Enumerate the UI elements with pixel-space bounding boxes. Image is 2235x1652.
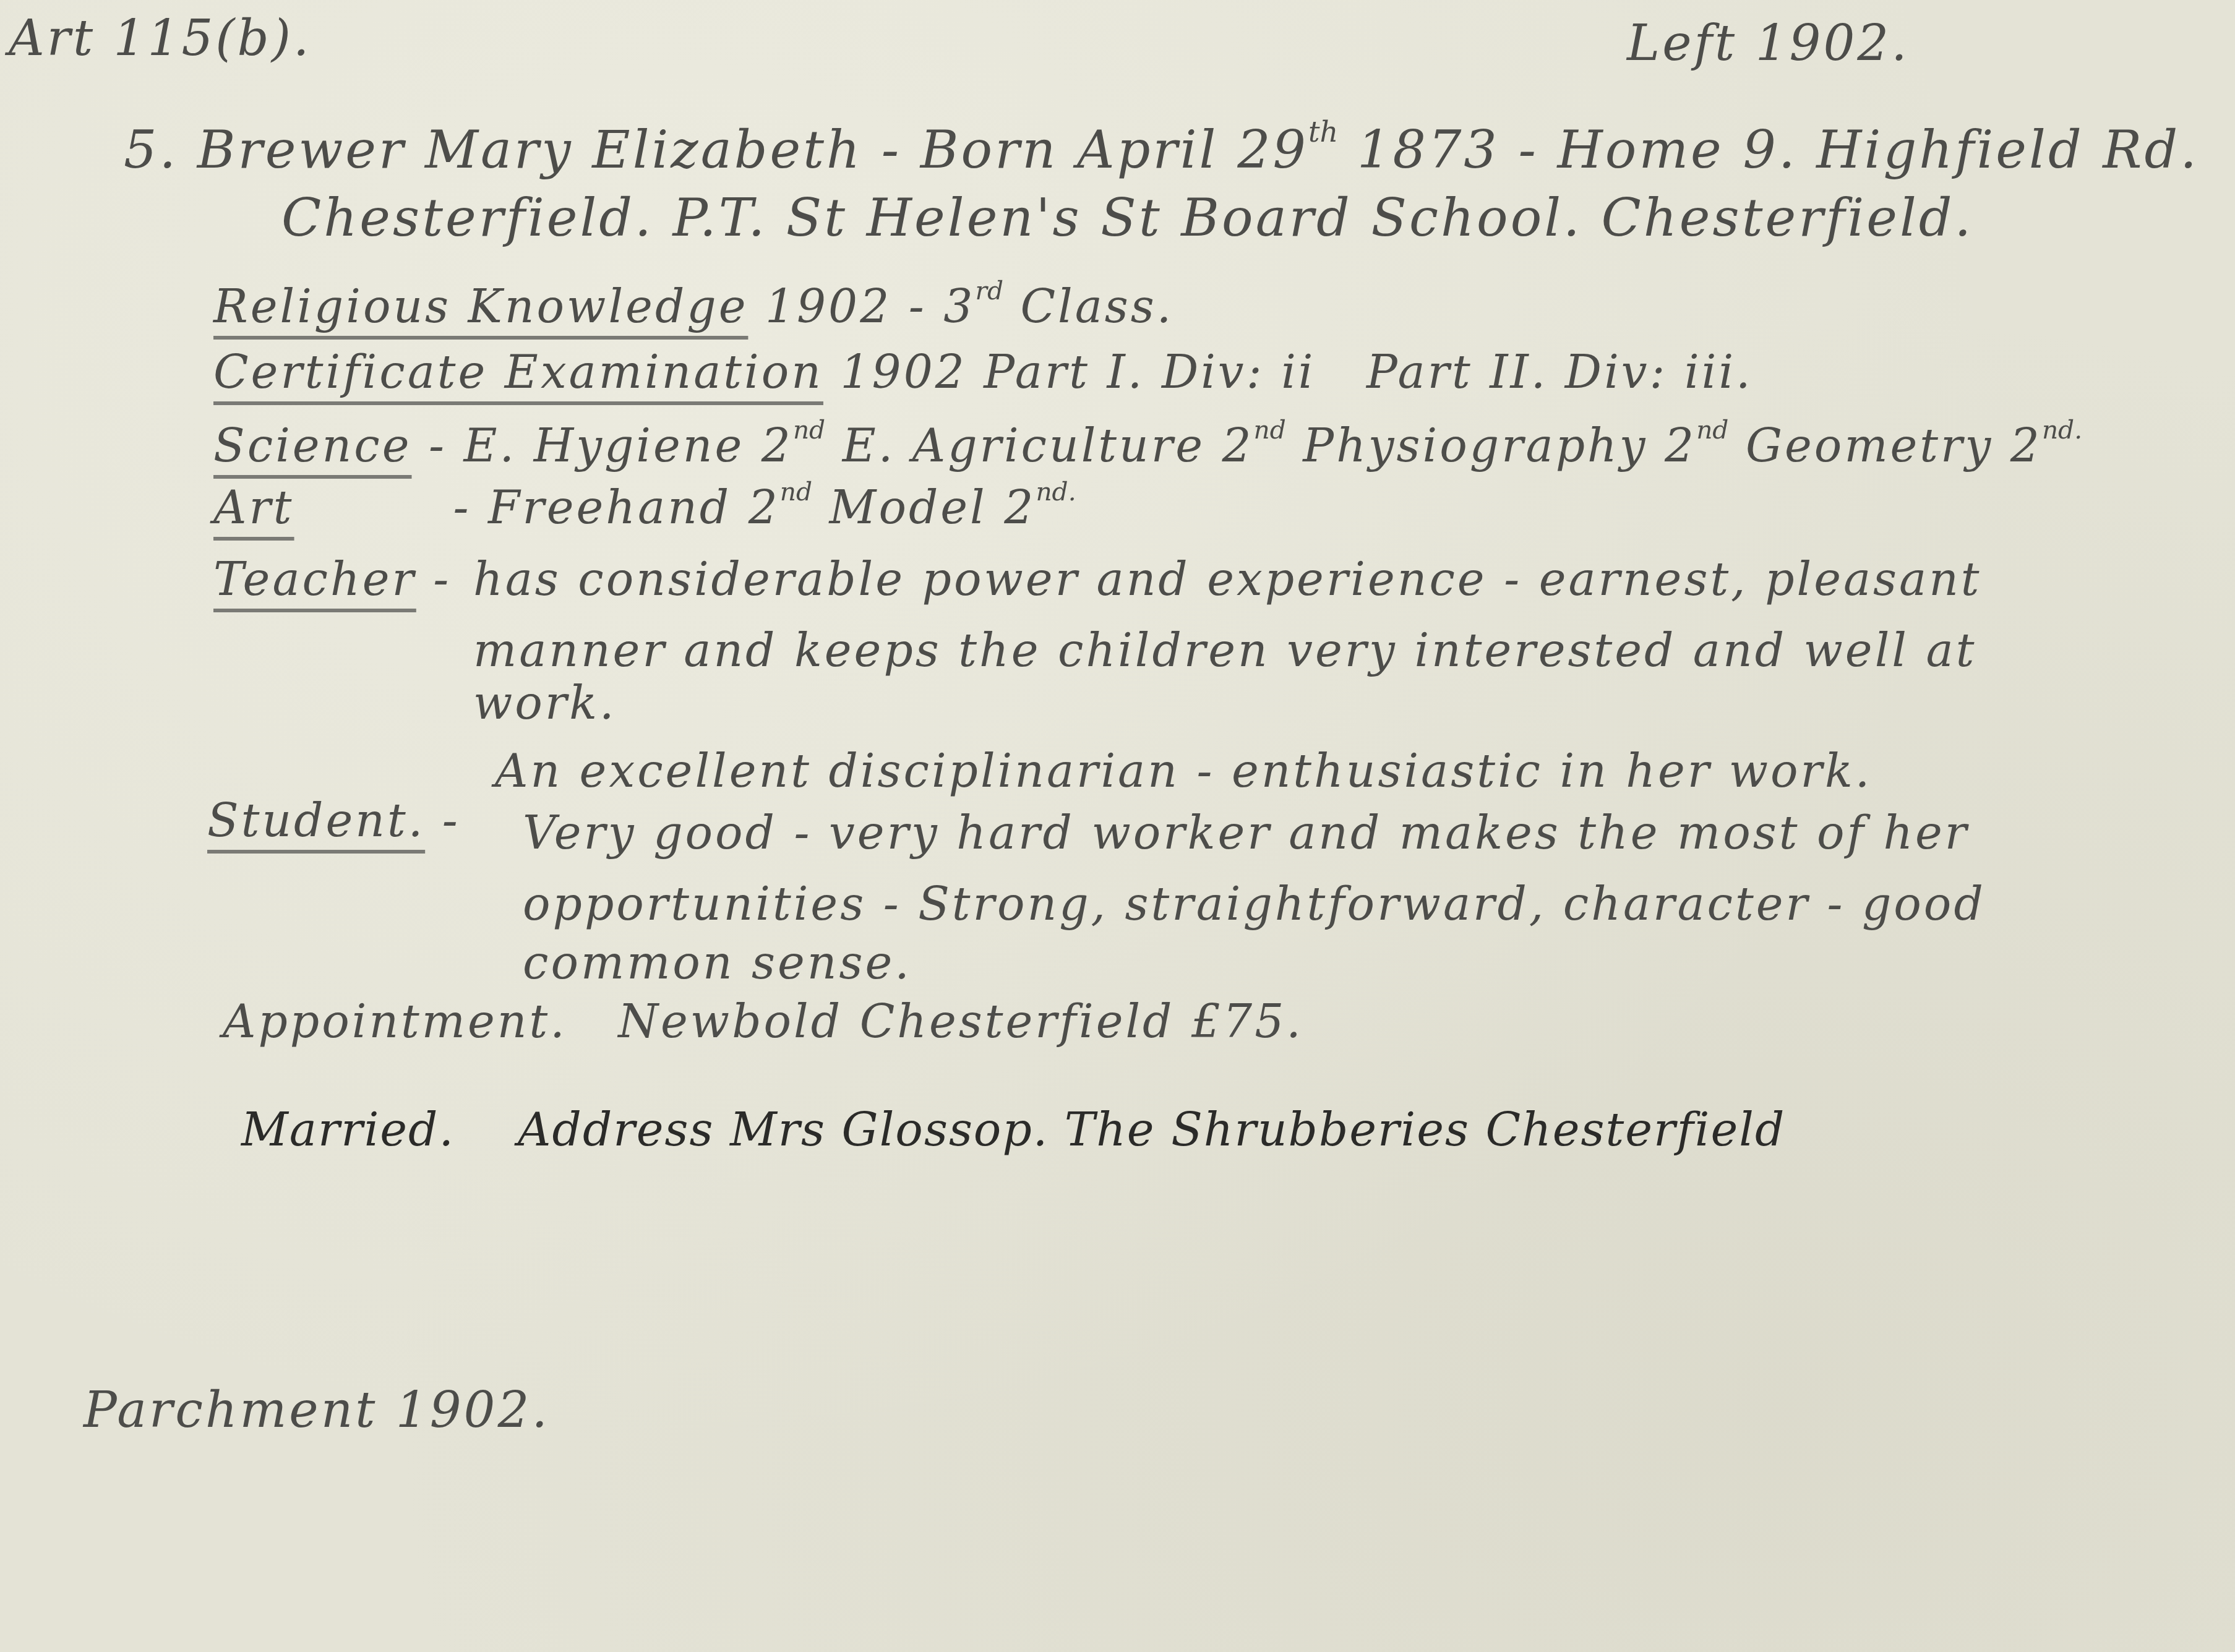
science-grade: 2 (1665, 419, 1696, 473)
science-row: Science - E. Hygiene 2nd E. Agriculture … (213, 417, 2082, 469)
student-name: Brewer Mary Elizabeth (197, 119, 862, 180)
married-label: Married. (241, 1103, 455, 1157)
religious-knowledge-result: 3 (943, 280, 975, 333)
born-date-suffix: th (1308, 115, 1338, 148)
pt-school: St Helen's St Board School. Chesterfield… (786, 187, 1973, 248)
science-grade-suffix: nd (1254, 415, 1286, 445)
science-grade-suffix: nd (793, 415, 825, 445)
register-page: Art 115(b). Left 1902. 5. Brewer Mary El… (0, 0, 2235, 1652)
born-date: April 29 (1077, 119, 1308, 180)
art-subject: Freehand (488, 481, 731, 534)
reference-number: Art 115(b). (9, 14, 311, 63)
married-name: Mrs Glossop. (730, 1103, 1049, 1157)
home-label: Home (1558, 119, 1724, 180)
student-label: Student. (207, 794, 425, 847)
entry-number: 5. (124, 119, 178, 180)
home-town: Chesterfield. (281, 187, 654, 248)
science-label: Science (213, 419, 412, 473)
science-grade: 2 (1222, 419, 1253, 473)
religious-knowledge-row: Religious Knowledge 1902 - 3rd Class. (213, 278, 1173, 330)
art-row: Art - Freehand 2nd Model 2nd. (213, 479, 1076, 531)
teacher-label-row: Teacher - (213, 557, 451, 602)
left-year-note: Left 1902. (1627, 19, 1910, 68)
science-subject: Physiography (1303, 419, 1647, 473)
student-line-1: Very good - very hard worker and makes t… (523, 810, 1969, 856)
part1: Part I. (984, 346, 1144, 399)
teacher-label: Teacher (213, 553, 416, 606)
married-address-label: Address (518, 1103, 714, 1157)
part2-div: Div: iii. (1565, 346, 1753, 399)
appointment-salary: £75. (1191, 995, 1303, 1048)
art-label: Art (213, 485, 436, 531)
art-grade: 2 (749, 481, 780, 534)
teacher-line-2: manner and keeps the children very inter… (473, 628, 1976, 674)
religious-knowledge-class: Class. (1020, 280, 1173, 333)
born-label: Born (920, 119, 1058, 180)
science-grade-suffix: nd. (2042, 415, 2082, 445)
art-grade: 2 (1004, 481, 1036, 534)
art-grade-suffix: nd. (1036, 477, 1076, 507)
born-year: 1873 (1357, 119, 1499, 180)
student-line-3: common sense. (523, 940, 912, 986)
student-label-row: Student. - (207, 798, 460, 844)
science-subject: E. Agriculture (843, 419, 1205, 473)
pt-label: P.T. (673, 187, 768, 248)
entry-line-2: Chesterfield. P.T. St Helen's St Board S… (281, 192, 1973, 244)
science-grade: 2 (761, 419, 793, 473)
art-grade-suffix: nd (780, 477, 812, 507)
married-address: The Shrubberies Chesterfield (1065, 1103, 1785, 1157)
part1-div: Div: ii (1162, 346, 1316, 399)
teacher-line-1: has considerable power and experience - … (473, 557, 1982, 602)
entry-line-1: 5. Brewer Mary Elizabeth - Born April 29… (124, 118, 2199, 176)
appointment-place: Newbold Chesterfield (618, 995, 1174, 1048)
religious-knowledge-label: Religious Knowledge (213, 280, 748, 333)
teacher-line-3: work. (473, 680, 617, 726)
home-address: 9. Highfield Rd. (1743, 119, 2200, 180)
religious-knowledge-year: 1902 (765, 280, 891, 333)
teacher-line-4: An excellent disciplinarian - enthusiast… (495, 748, 1872, 794)
certificate-exam-row: Certificate Examination 1902 Part I. Div… (213, 349, 1753, 395)
parchment-note: Parchment 1902. (84, 1385, 550, 1435)
religious-knowledge-suffix: rd (975, 276, 1003, 306)
appointment-label: Appointment. (223, 995, 567, 1048)
science-subject: Geometry (1746, 419, 1993, 473)
student-line-2: opportunities - Strong, straightforward,… (523, 881, 1986, 927)
certificate-exam-label: Certificate Examination (213, 346, 823, 399)
appointment-row: Appointment. Newbold Chesterfield £75. (223, 999, 1303, 1045)
certificate-exam-year: 1902 (841, 346, 967, 399)
science-subject: E. Hygiene (464, 419, 745, 473)
art-subject: Model (830, 481, 987, 534)
part2: Part II. (1366, 346, 1548, 399)
married-row: Married. Address Mrs Glossop. The Shrubb… (241, 1107, 1785, 1153)
science-grade: 2 (2010, 419, 2042, 473)
science-grade-suffix: nd (1696, 415, 1728, 445)
